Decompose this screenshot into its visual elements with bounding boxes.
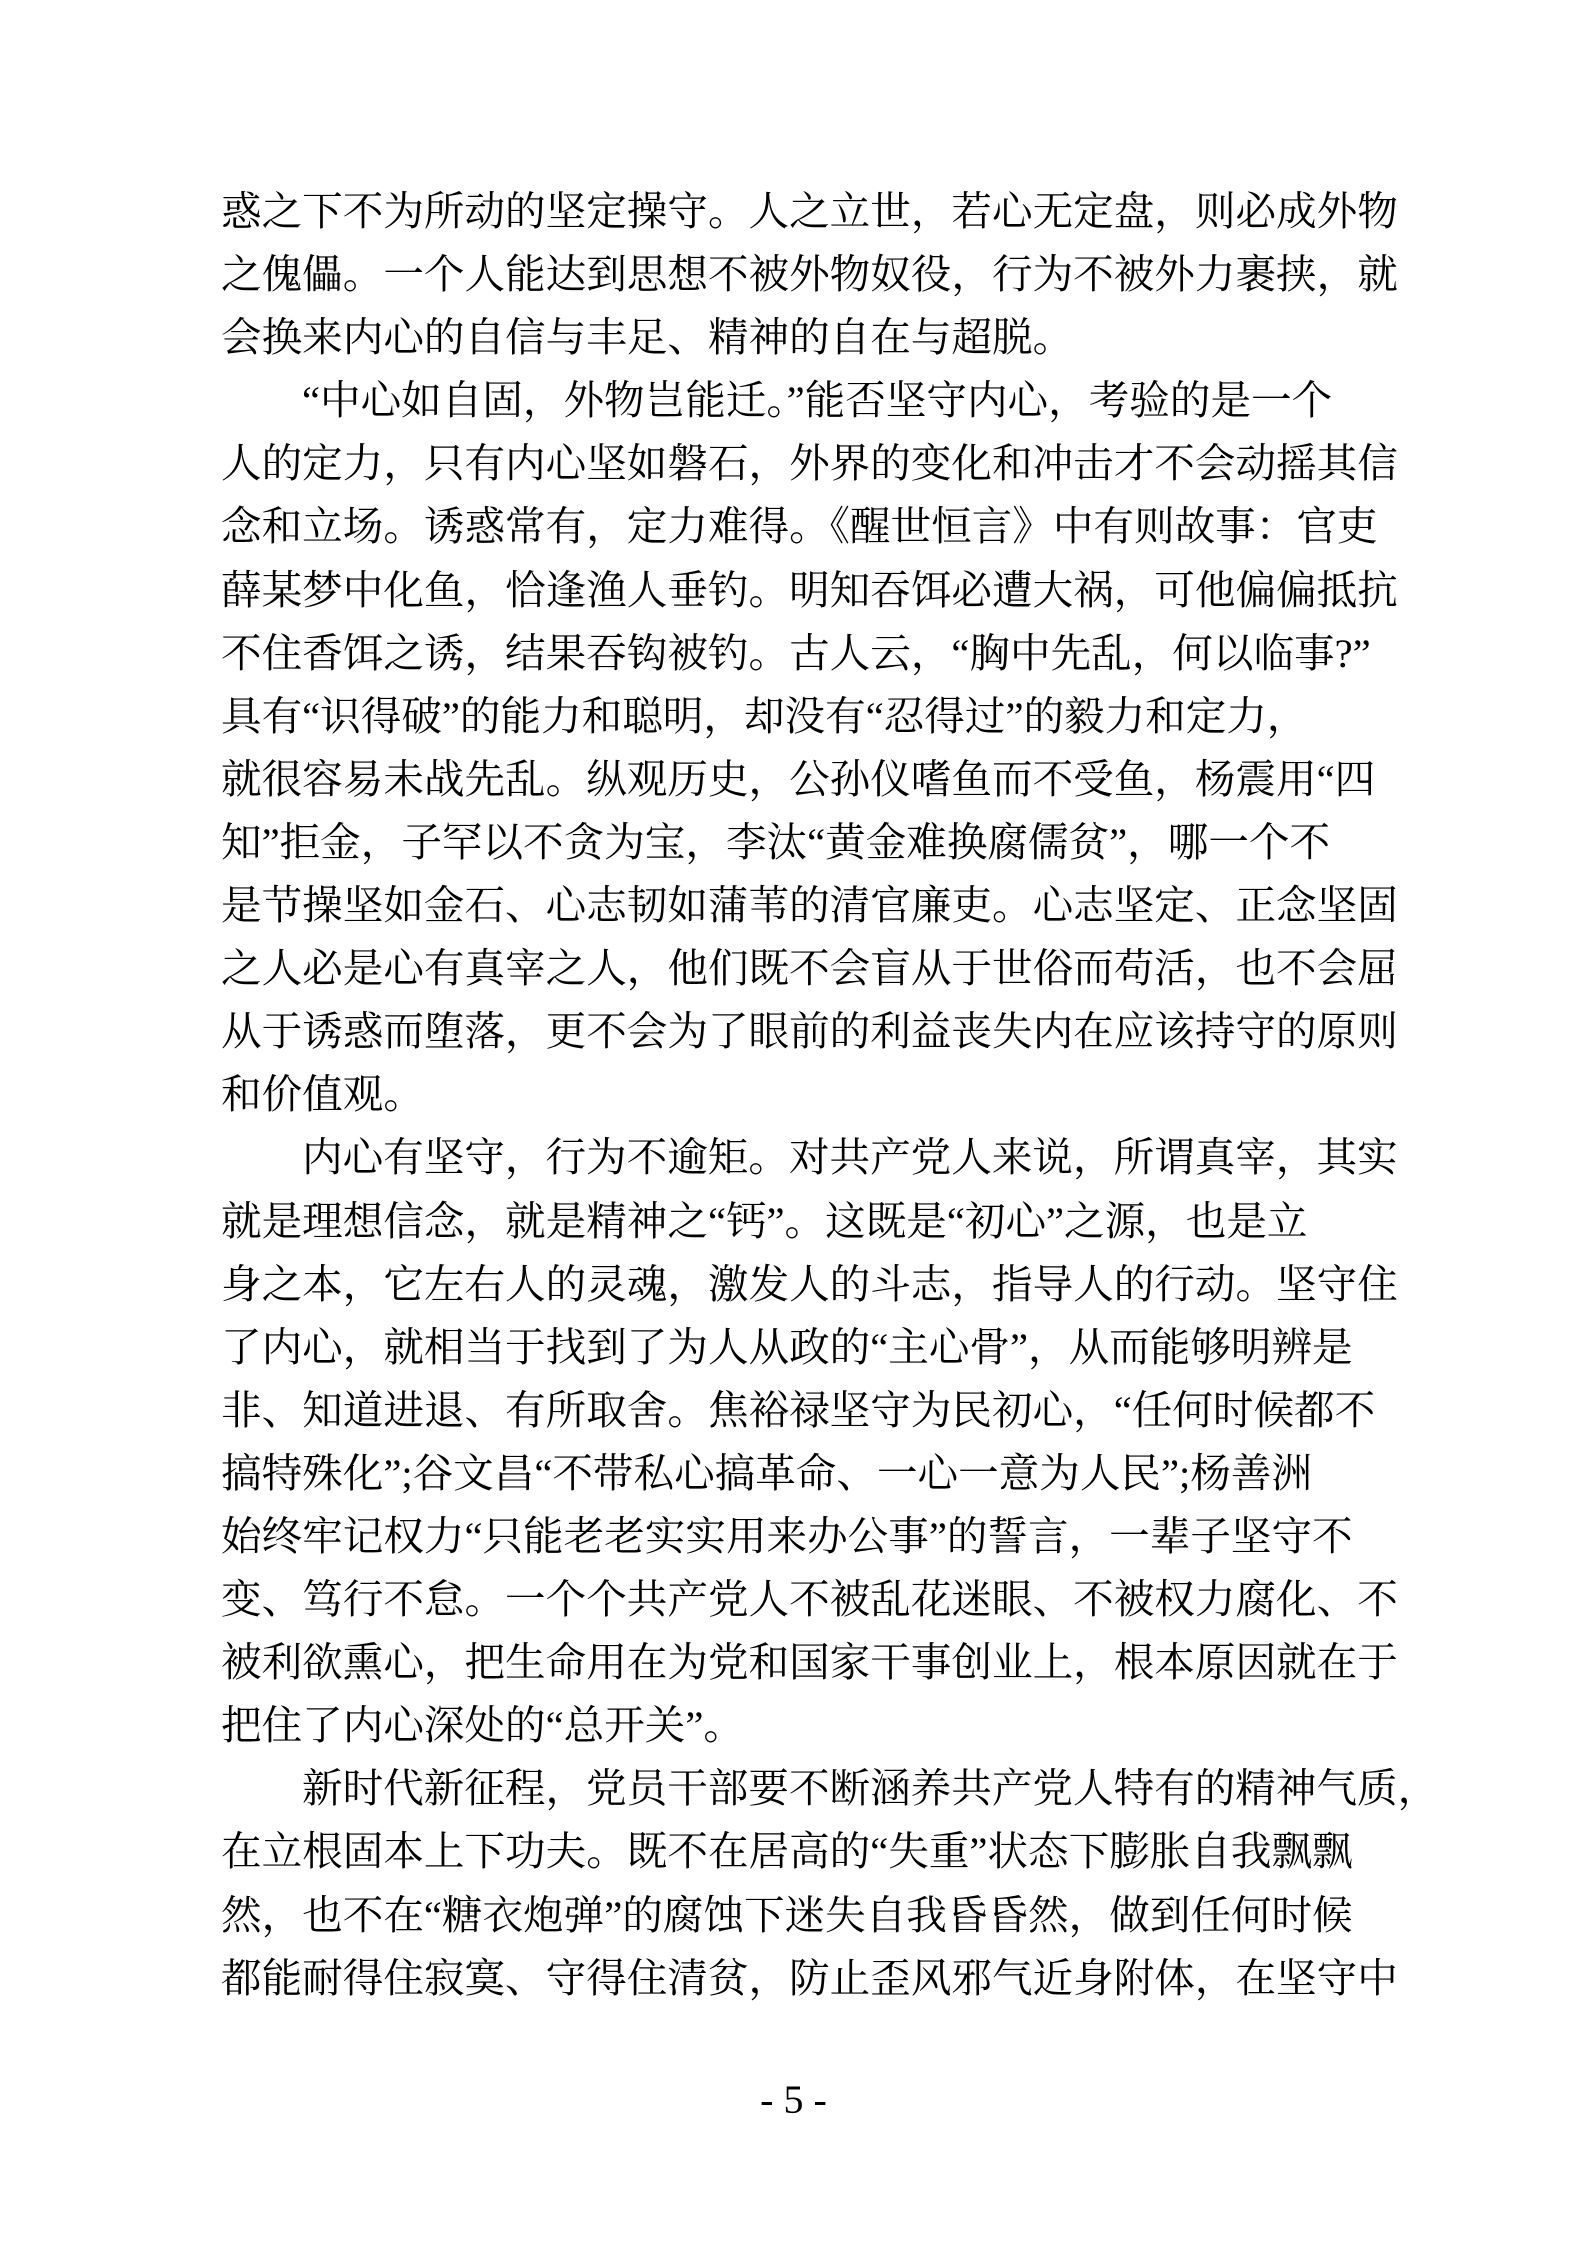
text-line: 不住香饵之诱，结果吞钩被钓。古人云，“胸中先乱，何以临事?” (221, 622, 1411, 685)
text-line: 然，也不在“糖衣炮弹”的腐蚀下迷失自我昏昏然，做到任何时候 (221, 1884, 1411, 1947)
text-line: 身之本，它左右人的灵魂，激发人的斗志，指导人的行动。坚守住 (221, 1253, 1411, 1316)
text-line: 新时代新征程，党员干部要不断涵养共产党人特有的精神气质， (221, 1757, 1411, 1820)
text-line: 非、知道进退、有所取舍。焦裕禄坚守为民初心，“任何时候都不 (221, 1379, 1411, 1442)
text-line: 从于诱惑而堕落，更不会为了眼前的利益丧失内在应该持守的原则 (221, 1000, 1411, 1063)
text-line: 了内心，就相当于找到了为人从政的“主心骨”，从而能够明辨是 (221, 1316, 1411, 1379)
text-line: 念和立场。诱惑常有，定力难得。《醒世恒言》中有则故事：官吏 (221, 495, 1411, 558)
text-line: 和价值观。 (221, 1063, 1411, 1126)
text-line: 始终牢记权力“只能老老实实用来办公事”的誓言，一辈子坚守不 (221, 1505, 1411, 1568)
text-line: 是节操坚如金石、心志韧如蒲苇的清官廉吏。心志坚定、正念坚固 (221, 874, 1411, 937)
text-line: 会换来内心的自信与丰足、精神的自在与超脱。 (221, 306, 1411, 369)
text-line: 惑之下不为所动的坚定操守。人之立世，若心无定盘，则必成外物 (221, 180, 1411, 243)
document-page: 惑之下不为所动的坚定操守。人之立世，若心无定盘，则必成外物之傀儡。一个人能达到思… (0, 0, 1587, 2245)
text-line: 人的定力，只有内心坚如磐石，外界的变化和冲击才不会动摇其信 (221, 432, 1411, 495)
text-line: 内心有坚守，行为不逾矩。对共产党人来说，所谓真宰，其实 (221, 1126, 1411, 1189)
text-line: 变、笃行不怠。一个个共产党人不被乱花迷眼、不被权力腐化、不 (221, 1568, 1411, 1631)
text-line: 都能耐得住寂寞、守得住清贫，防止歪风邪气近身附体，在坚守中 (221, 1947, 1411, 2010)
text-line: 被利欲熏心，把生命用在为党和国家干事创业上，根本原因就在于 (221, 1631, 1411, 1694)
text-line: 知”拒金，子罕以不贪为宝，李汰“黄金难换腐儒贫”，哪一个不 (221, 811, 1411, 874)
text-line: 在立根固本上下功夫。既不在居高的“失重”状态下膨胀自我飘飘 (221, 1820, 1411, 1883)
text-line: 搞特殊化”;谷文昌“不带私心搞革命、一心一意为人民”;杨善洲 (221, 1442, 1411, 1505)
text-line: 就是理想信念，就是精神之“钙”。这既是“初心”之源，也是立 (221, 1190, 1411, 1253)
text-line: 具有“识得破”的能力和聪明，却没有“忍得过”的毅力和定力， (221, 685, 1411, 748)
text-line: 把住了内心深处的“总开关”。 (221, 1694, 1411, 1757)
text-body: 惑之下不为所动的坚定操守。人之立世，若心无定盘，则必成外物之傀儡。一个人能达到思… (221, 180, 1411, 2010)
text-line: 之傀儡。一个人能达到思想不被外物奴役，行为不被外力裹挟，就 (221, 243, 1411, 306)
text-line: 之人必是心有真宰之人，他们既不会盲从于世俗而苟活，也不会屈 (221, 937, 1411, 1000)
text-line: 薛某梦中化鱼，恰逢渔人垂钓。明知吞饵必遭大祸，可他偏偏抵抗 (221, 559, 1411, 622)
text-line: “中心如自固，外物岂能迁。”能否坚守内心，考验的是一个 (221, 369, 1411, 432)
text-line: 就很容易未战先乱。纵观历史，公孙仪嗜鱼而不受鱼，杨震用“四 (221, 748, 1411, 811)
page-number: - 5 - (0, 2078, 1587, 2122)
